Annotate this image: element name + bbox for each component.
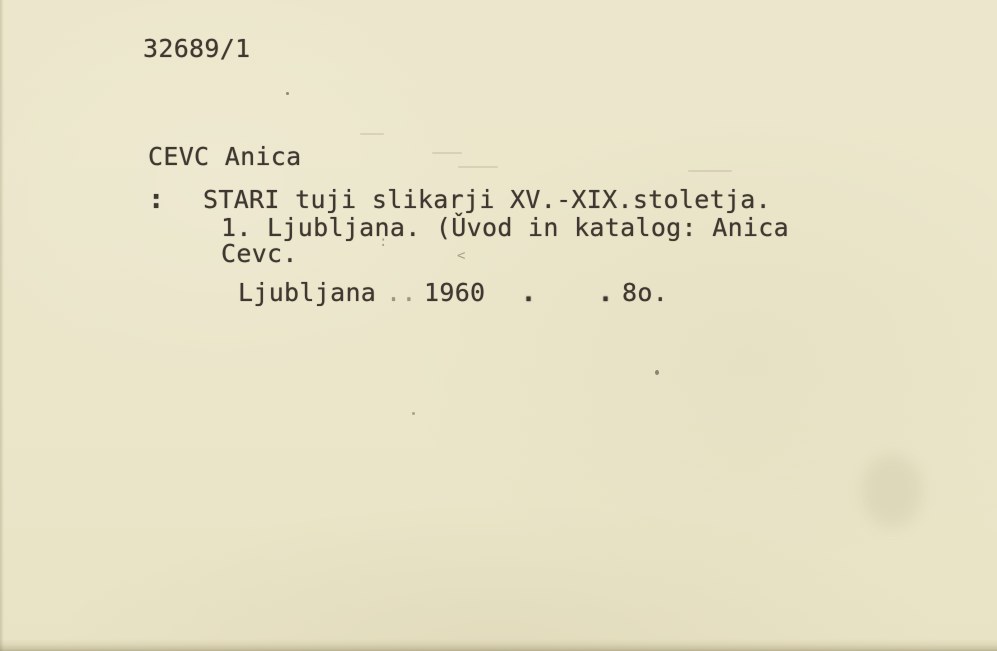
author-heading: CEVC Anica xyxy=(148,144,302,170)
ghost-mark xyxy=(432,152,462,154)
paper-speck xyxy=(412,412,415,415)
catalog-card: 32689/1 CEVC Anica : STARI tuji slikarji… xyxy=(0,0,997,651)
title-line-1: STARI tuji slikarji XV.-XIX.stoletja. xyxy=(203,187,771,213)
imprint-year: 1960 xyxy=(424,280,485,306)
paper-speck xyxy=(286,92,289,95)
ghost-mark: < xyxy=(457,248,465,264)
call-number: 32689/1 xyxy=(143,36,250,62)
ghost-mark xyxy=(458,166,498,168)
imprint-place: Ljubljana xyxy=(238,280,376,306)
imprint-dot-2: . xyxy=(598,280,613,306)
imprint-format: 8o. xyxy=(622,280,668,306)
paper-speck xyxy=(655,370,659,375)
title-line-3: Cevc. xyxy=(221,241,298,267)
imprint-line: Ljubljana .. 1960 . . 8o. xyxy=(238,280,758,308)
imprint-faint-dots: .. xyxy=(386,280,417,306)
ghost-mark xyxy=(360,133,384,135)
imprint-dot-1: . xyxy=(521,280,536,306)
title-line-2: 1. Ljubljana. (Ǔvod in katalog: Anica xyxy=(221,215,789,241)
title-separator-colon: : xyxy=(148,187,165,213)
ghost-mark xyxy=(688,170,732,172)
paper-smudge xyxy=(862,455,922,527)
